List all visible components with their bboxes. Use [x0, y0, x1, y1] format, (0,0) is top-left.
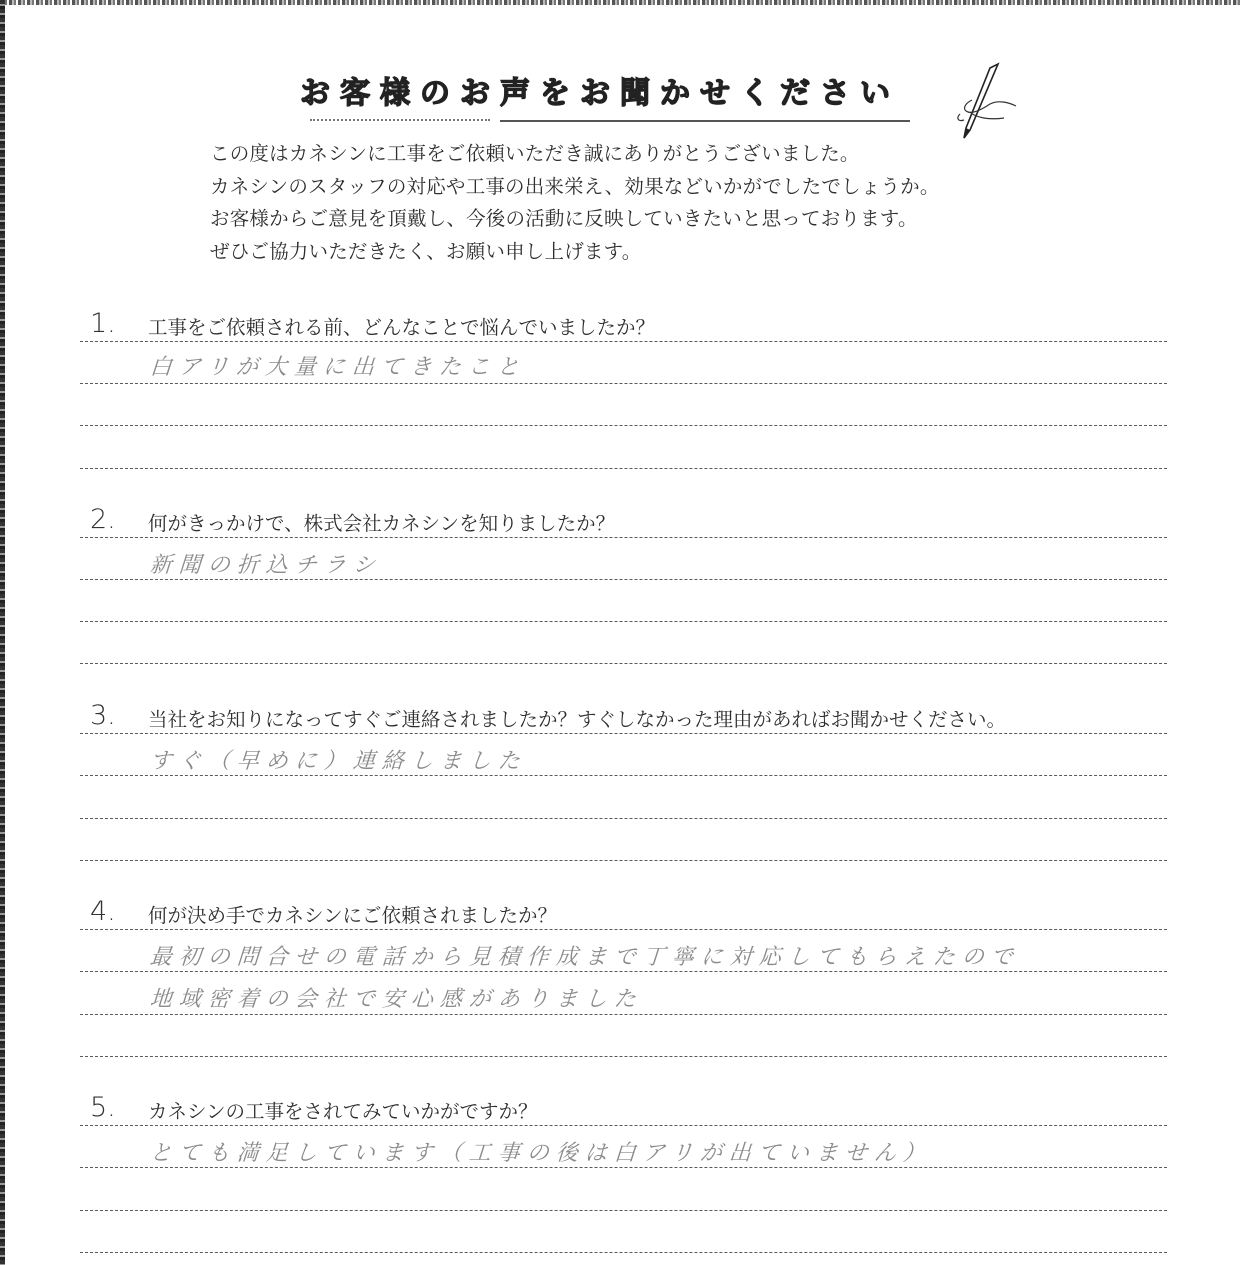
answer-line	[80, 579, 1167, 580]
question-text: 何が決め手でカネシンにご依頼されましたか？	[148, 900, 557, 928]
answer-line	[80, 1167, 1167, 1168]
intro-line: ぜひご協力いただきたく、お願い申し上げます。	[210, 236, 1070, 269]
intro-line: カネシンのスタッフの対応や工事の出来栄え、効果などいかがでしたでしょうか。	[210, 171, 1070, 204]
answer-line	[80, 341, 1167, 342]
answer-line	[80, 860, 1167, 861]
handwritten-answer: 新聞の折込チラシ	[149, 548, 383, 579]
intro-paragraph: この度はカネシンに工事をご依頼いただき誠にありがとうございました。 カネシンのス…	[210, 138, 1070, 268]
question-number: 2.	[90, 504, 116, 535]
question-3: 3. 当社をお知りになってすぐご連絡されましたか？すぐしなかった理由があればお聞…	[80, 698, 1170, 732]
answer-line	[80, 425, 1167, 426]
answer-line	[80, 1252, 1167, 1253]
answer-line	[80, 929, 1167, 930]
answer-line	[80, 1014, 1167, 1015]
question-text: 何がきっかけで、株式会社カネシンを知りましたか？	[148, 508, 615, 536]
scan-edge-top	[0, 0, 1241, 5]
question-number: 3.	[90, 700, 116, 731]
intro-line: この度はカネシンに工事をご依頼いただき誠にありがとうございました。	[210, 138, 1070, 171]
answer-line	[80, 468, 1167, 469]
answer-line	[80, 733, 1167, 734]
answer-line	[80, 621, 1167, 622]
answer-line	[80, 1210, 1167, 1211]
question-number: 4.	[90, 896, 116, 927]
question-number: 5.	[90, 1092, 116, 1123]
page-title: お客様のお声をお聞かせください	[300, 68, 940, 112]
pen-in-hand-icon	[950, 60, 1020, 150]
handwritten-answer: 地域密着の会社で安心感がありました	[149, 982, 644, 1013]
question-4: 4. 何が決め手でカネシンにご依頼されましたか？ 最初の問合せの電話から見積作成…	[80, 894, 1170, 928]
answer-line	[80, 818, 1167, 819]
answer-line	[80, 775, 1167, 776]
question-1: 1. 工事をご依頼される前、どんなことで悩んでいましたか？ 白アリが大量に出てき…	[80, 306, 1170, 340]
title-underline-dotted	[310, 119, 490, 121]
handwritten-answer: すぐ（早めに）連絡しました	[149, 744, 528, 775]
title-underline	[500, 120, 910, 122]
answer-line	[80, 537, 1167, 538]
scan-edge-left	[0, 0, 5, 1265]
question-2: 2. 何がきっかけで、株式会社カネシンを知りましたか？ 新聞の折込チラシ	[80, 502, 1170, 536]
question-text: 工事をご依頼される前、どんなことで悩んでいましたか？	[148, 312, 655, 340]
answer-line	[80, 1056, 1167, 1057]
answer-line	[80, 1125, 1167, 1126]
answer-line	[80, 663, 1167, 664]
handwritten-answer: 最初の問合せの電話から見積作成まで丁寧に対応してもらえたので	[149, 940, 1021, 971]
handwritten-answer: とても満足しています（工事の後は白アリが出ていません）	[149, 1136, 933, 1167]
answer-line	[80, 383, 1167, 384]
question-text: カネシンの工事をされてみていかがですか？	[148, 1096, 538, 1124]
answer-line	[80, 971, 1167, 972]
question-5: 5. カネシンの工事をされてみていかがですか？ とても満足しています（工事の後は…	[80, 1090, 1170, 1124]
handwritten-answer: 白アリが大量に出てきたこと	[149, 350, 527, 381]
question-number: 1.	[90, 308, 116, 339]
intro-line: お客様からご意見を頂戴し、今後の活動に反映していきたいと思っております。	[210, 203, 1070, 236]
question-text: 当社をお知りになってすぐご連絡されましたか？すぐしなかった理由があればお聞かせく…	[148, 704, 1006, 732]
